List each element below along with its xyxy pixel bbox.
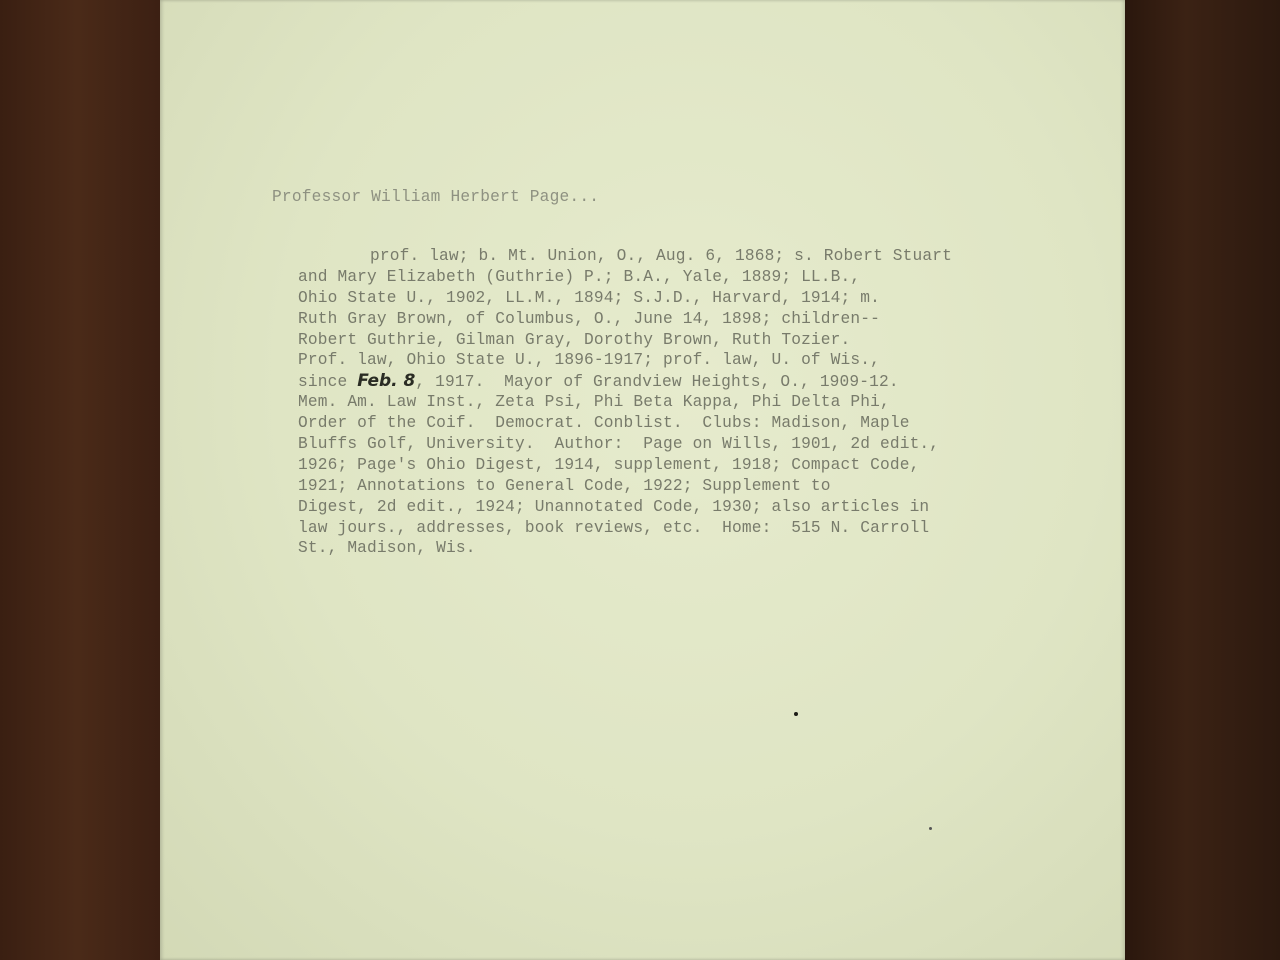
biography-body: prof. law; b. Mt. Union, O., Aug. 6, 186… bbox=[298, 246, 952, 559]
body-line: 1921; Annotations to General Code, 1922;… bbox=[298, 476, 952, 497]
body-line: St., Madison, Wis. bbox=[298, 538, 952, 559]
document-heading: Professor William Herbert Page... bbox=[272, 188, 599, 206]
body-line: and Mary Elizabeth (Guthrie) P.; B.A., Y… bbox=[298, 267, 952, 288]
body-line: Digest, 2d edit., 1924; Unannotated Code… bbox=[298, 497, 952, 518]
body-line: Prof. law, Ohio State U., 1896-1917; pro… bbox=[298, 350, 952, 371]
background-right bbox=[1124, 0, 1280, 960]
body-line: Ruth Gray Brown, of Columbus, O., June 1… bbox=[298, 309, 952, 330]
body-line: Ohio State U., 1902, LL.M., 1894; S.J.D.… bbox=[298, 288, 952, 309]
body-line: Robert Guthrie, Gilman Gray, Dorothy Bro… bbox=[298, 330, 952, 351]
body-line: Order of the Coif. Democrat. Conblist. C… bbox=[298, 413, 952, 434]
body-line: Bluffs Golf, University. Author: Page on… bbox=[298, 434, 952, 455]
handwritten-annotation: Feb. 8 bbox=[357, 371, 415, 391]
ink-mark bbox=[929, 827, 932, 830]
body-line-with-annotation: since Feb. 8, 1917. Mayor of Grandview H… bbox=[298, 371, 952, 392]
typed-text: , 1917. Mayor of Grandview Heights, O., … bbox=[415, 373, 898, 391]
typed-text: since bbox=[298, 373, 357, 391]
ink-mark bbox=[794, 712, 798, 716]
body-line: 1926; Page's Ohio Digest, 1914, suppleme… bbox=[298, 455, 952, 476]
body-line: Mem. Am. Law Inst., Zeta Psi, Phi Beta K… bbox=[298, 392, 952, 413]
body-line: prof. law; b. Mt. Union, O., Aug. 6, 186… bbox=[298, 246, 952, 267]
body-line: law jours., addresses, book reviews, etc… bbox=[298, 518, 952, 539]
